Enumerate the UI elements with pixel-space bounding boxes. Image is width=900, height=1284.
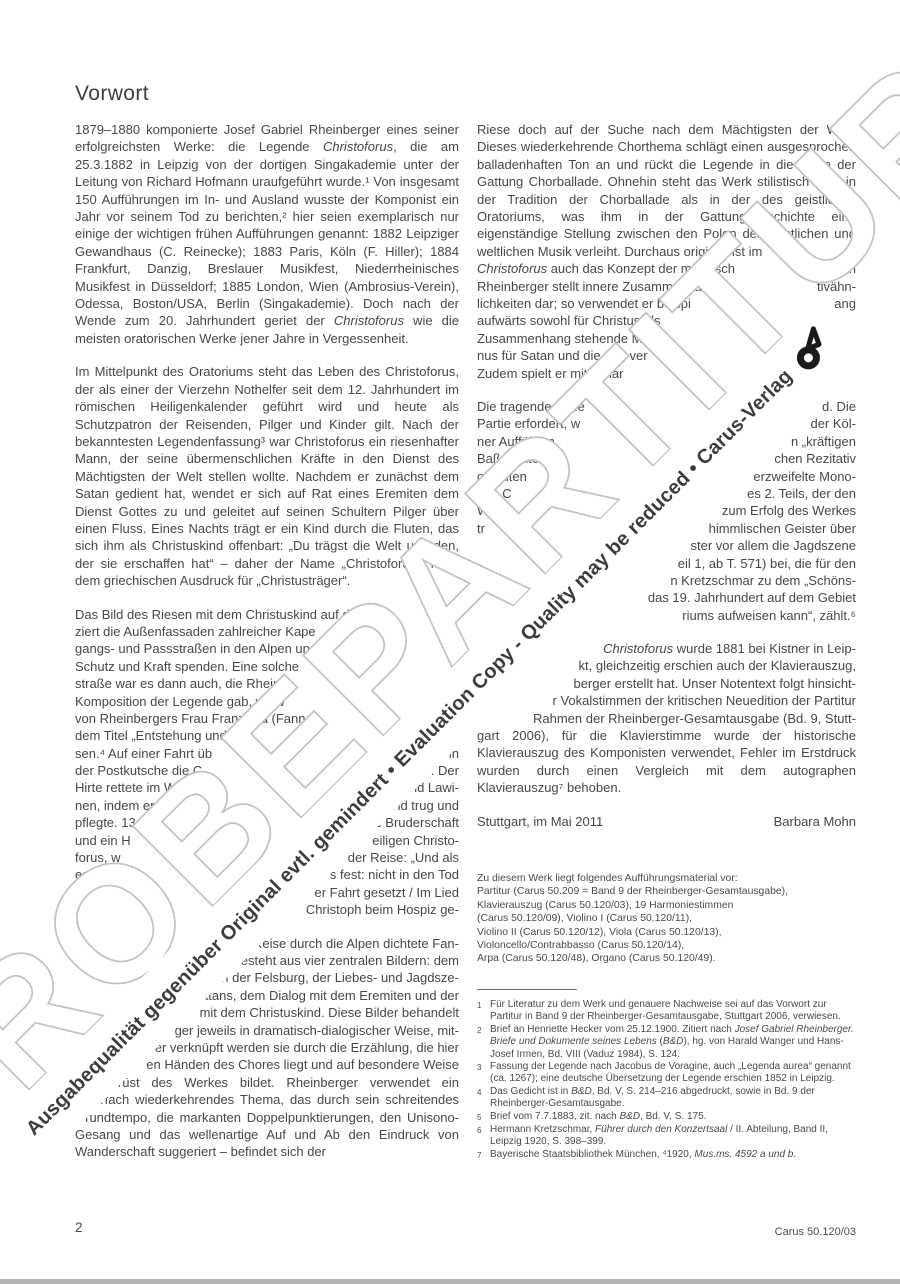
footnote-number: 3	[477, 1061, 490, 1086]
text-fragment-right: r Vokalstimmen der kritischen Neuedition…	[553, 692, 856, 709]
text-fragment-right: riums aufweisen kann“, zählt.⁶	[682, 607, 856, 624]
text-line: berger erstellt hat. Unser Notentext fol…	[477, 675, 856, 692]
text-fragment-right: Christoph beim Hospiz ge-	[306, 901, 459, 918]
signature-row: Stuttgart, im Mai 2011 Barbara Mohn	[477, 813, 856, 830]
text-fragment-right: kt, gleichzeitig erschien auch der Klavi…	[579, 657, 856, 674]
footnote-number: 2	[477, 1024, 490, 1061]
text-fragment-right: mit dem Christuskind. Diese Bilder behan…	[200, 1004, 459, 1021]
footnote-number: 6	[477, 1124, 490, 1149]
text-fragment-right: d. Die	[822, 398, 856, 415]
paragraph-4-tail: as Gerüst des Werkes bildet. Rheinberger…	[75, 1074, 459, 1161]
text-fragment-right: ster vor allem die Jagdszene	[691, 537, 856, 554]
text-fragment-right: himmlischen Geister über	[709, 520, 856, 537]
catalog-number: Carus 50.120/03	[775, 1226, 856, 1238]
text-fragment-right: das 19. Jahrhundert auf dem Gebiet	[648, 589, 856, 606]
footnote-number: 5	[477, 1111, 490, 1124]
text-fragment-right: eiligen Christo-	[372, 832, 459, 849]
footnote: 2 Brief an Henriette Hecker vom 25.12.19…	[477, 1024, 856, 1061]
footnote: 4 Das Gedicht ist in B&D, Bd. V, S. 214–…	[477, 1086, 856, 1111]
footnote-text: Für Literatur zu dem Werk und genauere N…	[490, 999, 856, 1024]
text-fragment-right: der Reise: „Und als	[348, 849, 459, 866]
text-fragment-right: eil 1, ab T. 571) bei, die für den	[678, 555, 856, 572]
footnotes: 1 Für Literatur zu dem Werk und genauere…	[477, 999, 856, 1162]
text-fragment-right: zum Erfolg des Werkes	[722, 502, 856, 519]
footnote: 6 Hermann Kretzschmar, Führer durch den …	[477, 1124, 856, 1149]
text-fragment-right: Christoforus wurde 1881 bei Kistner in L…	[603, 640, 856, 657]
text-fragment-right: s fest: nicht in den Tod	[330, 866, 459, 883]
text-fragment-right: n Kretzschmar zu dem „Schöns-	[670, 572, 856, 589]
carus-logo-icon	[783, 321, 841, 379]
footnote: 5 Brief vom 7.7.1883, zit. nach B&D, Bd.…	[477, 1111, 856, 1124]
text-fragment-right: der Köl-	[810, 415, 856, 432]
signature-place-date: Stuttgart, im Mai 2011	[477, 813, 603, 830]
footnote-number: 7	[477, 1149, 490, 1162]
material-line: Violoncello/Contrabbasso (Carus 50.120/1…	[477, 939, 856, 952]
document-page: Vorwort 1879–1880 komponierte Josef Gabr…	[0, 0, 900, 1284]
footnote-text: Brief an Henriette Hecker vom 25.12.1900…	[490, 1024, 856, 1061]
footnote-text: Bayerische Staatsbibliothek München, ⁴19…	[490, 1149, 856, 1162]
text-fragment-right: Rahmen der Rheinberger-Gesamtausgabe (Bd…	[533, 710, 856, 727]
footnote-number: 4	[477, 1086, 490, 1111]
page-title: Vorwort	[75, 82, 149, 106]
text-fragment-right: berger erstellt hat. Unser Notentext fol…	[573, 675, 856, 692]
text-fragment-right: en Händen des Chores liegt und auf beson…	[146, 1056, 459, 1073]
paragraph-1: 1879–1880 komponierte Josef Gabriel Rhei…	[75, 121, 459, 347]
material-line: (Carus 50.120/09), Violino I (Carus 50.1…	[477, 912, 856, 925]
footnote-separator	[477, 989, 577, 990]
text-fragment-right: ger jeweils in dramatisch-dialogischer W…	[175, 1022, 459, 1039]
text-line: r Vokalstimmen der kritischen Neuedition…	[477, 692, 856, 709]
text-fragment-right: er verknüpft werden sie durch die Erzähl…	[155, 1039, 459, 1056]
text-line: Rahmen der Rheinberger-Gesamtausgabe (Bd…	[477, 710, 856, 727]
text-fragment-right: atans, dem Dialog mit dem Eremiten und d…	[201, 987, 459, 1004]
footnote: 1 Für Literatur zu dem Werk und genauere…	[477, 999, 856, 1024]
material-line: Klavierauszug (Carus 50.120/03), 19 Harm…	[477, 899, 856, 912]
text-fragment-right: er Fahrt gesetzt / Im Lied	[314, 884, 459, 901]
footnote-text: Brief vom 7.7.1883, zit. nach B&D, Bd. V…	[490, 1111, 856, 1124]
material-line: Partitur (Carus 50.209 = Band 9 der Rhei…	[477, 885, 856, 898]
footnote-text: Das Gedicht ist in B&D, Bd. V, S. 214–21…	[490, 1086, 856, 1111]
text-fragment-right: chen Rezitativ	[774, 450, 856, 467]
page-number: 2	[75, 1220, 83, 1235]
footnote-number: 1	[477, 999, 490, 1024]
performance-materials: Zu diesem Werk liegt folgendes Aufführun…	[477, 872, 856, 966]
text-fragment-right: erzweifelte Mono-	[753, 468, 856, 485]
text-fragment-right: n „kräftigen	[791, 433, 856, 450]
scan-edge	[0, 1279, 900, 1284]
footnote: 3 Fassung der Legende nach Jacobus de Vo…	[477, 1061, 856, 1086]
material-line: Zu diesem Werk liegt folgendes Aufführun…	[477, 872, 856, 885]
material-line: Violino II (Carus 50.120/12), Viola (Car…	[477, 926, 856, 939]
text-fragment-right: besteht aus vier zentralen Bildern: dem	[234, 952, 459, 969]
text-fragment-right: es 2. Teils, der den	[747, 485, 856, 502]
footnote-text: Hermann Kretzschmar, Führer durch den Ko…	[490, 1124, 856, 1149]
material-line: Arpa (Carus 50.120/48), Organo (Carus 50…	[477, 952, 856, 965]
text-fragment-right: r Reise durch die Alpen dichtete Fan-	[245, 935, 459, 952]
text-fragment-right: in der Felsburg, der Liebes- und Jagdsze…	[218, 969, 459, 986]
paragraph-3-tail: gart 2006), für die Klavierstimme wurde …	[477, 727, 856, 797]
signature-author: Barbara Mohn	[774, 813, 856, 830]
footnote-text: Fassung der Legende nach Jacobus de Vora…	[490, 1061, 856, 1086]
footnote: 7 Bayerische Staatsbibliothek München, ⁴…	[477, 1149, 856, 1162]
